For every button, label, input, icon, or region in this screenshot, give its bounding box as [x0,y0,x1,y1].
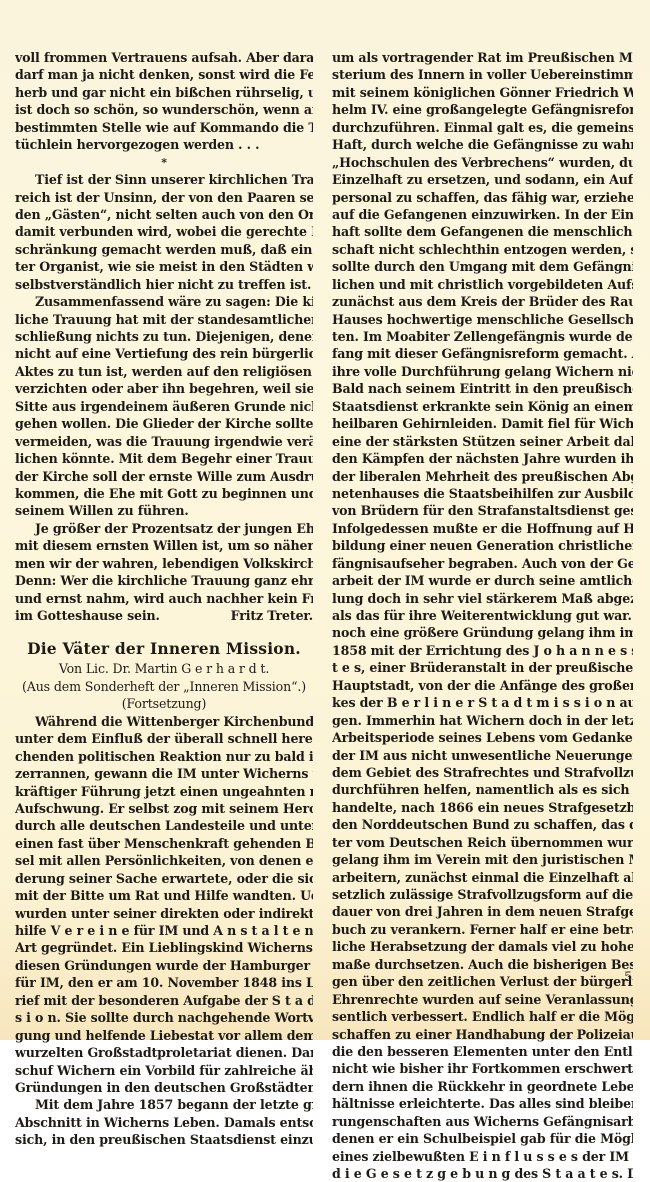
text-line: mit diesem ernsten Willen ist, um so näh… [15,537,313,554]
text-line: wurzelten Großstadtproletariat dienen. D… [15,1044,313,1061]
text-line: im Gotteshause sein. [15,608,160,623]
text-line: mit seinem königlichen Gönner Friedrich … [332,84,633,101]
text-line: Je größer der Prozentsatz der jungen Ehe… [15,520,313,537]
text-line: sollte durch den Umgang mit dem Gefängni… [332,258,633,275]
text-line: gen über den zeitlichen Verlust der bürg… [332,973,633,990]
text-line: durch alle deutschen Landesteile und unt… [15,817,313,834]
text-line: lichen könnte. Mit dem Begehr einer Trau… [15,450,313,467]
text-line: „Hochschulen des Verbrechens“ wurden, du… [332,154,633,171]
text-line: ihre volle Durchführung gelang Wichern n… [332,363,633,380]
article-author: Von Lic. Dr. Martin G e r h a r d t. [15,660,313,677]
text-line: der Kirche soll der ernste Wille zum Aus… [15,468,313,485]
text-line: vermeiden, was die Trauung irgendwie ver… [15,433,313,450]
text-line: Haft, durch welche die Gefängnisse zu wa… [332,136,633,153]
paragraph-4: Während die Wittenberger Kirchenbundespl… [15,713,313,1064]
text-line: Infolgedessen mußte er die Hoffnung auf … [332,520,633,537]
text-line: gung und helfende Liebestat vor allem de… [15,1027,313,1044]
author-signature: Fritz Treter. [231,607,313,624]
article-header: Die Väter der Inneren Mission. Von Lic. … [15,638,313,712]
text-line: lichen und mit christlich vorgebildeten … [332,276,633,293]
text-line: helm IV. eine großangelegte Gefängnisref… [332,101,633,118]
text-line: und ernst nahm, wird auch nachher kein F… [15,590,313,607]
text-line: chenden politischen Reaktion nur zu bald… [15,748,313,765]
text-line: gehen wollen. Die Glieder der Kirche sol… [15,415,313,432]
text-line: Zusammenfassend wäre zu sagen: Die kirch… [15,293,313,310]
text-line: kräftiger Führung jetzt einen ungeahnten… [15,783,313,800]
text-line: selbstverständlich hier nicht zu treffen… [15,276,313,293]
paragraph-1: Tief ist der Sinn unserer kirchlichen Tr… [15,171,313,293]
text-line: fängnisaufseher begraben. Auch von der G… [332,555,633,572]
text-line: nicht wie bisher ihr Fortkommen erschwer… [332,1060,633,1064]
text-line: Art gegründet. Ein Lieblingskind Wichern… [15,939,313,956]
text-line: durchführen helfen, namentlich als es si… [332,781,633,798]
text-line: haft sollte dem Gefangenen die menschlic… [332,223,633,240]
text-line: Arbeitsperiode seines Lebens vom Gedanke… [332,729,633,746]
text-line: voll frommen Vertrauens aufsah. Aber dar… [15,49,313,66]
text-line: sel mit allen Persönlichkeiten, von dene… [15,852,313,869]
intro-paragraph: voll frommen Vertrauens aufsah. Aber dar… [15,49,313,154]
text-line: Hauptstadt, von der die Anfänge des groß… [332,677,633,694]
text-line: ter vom Deutschen Reich übernommen wurde… [332,834,633,851]
text-line: schaft nicht schlechthin entzogen werden… [332,241,633,258]
text-line: ist doch so schön, so wunderschön, wenn … [15,101,313,118]
text-line: bestimmten Stelle wie auf Kommando die T… [15,119,313,136]
text-line: den Kämpfen der nächsten Jahre wurden ih… [332,450,633,467]
text-line: lung doch in sehr viel stärkerem Maß abg… [332,590,633,607]
text-line: maße durchsetzen. Auch die bisherigen Be… [332,956,633,973]
text-line: buch zu verankern. Ferner half er eine b… [332,921,633,938]
text-line: damit verbunden wird, wobei die gerechte… [15,223,313,240]
text-line: Einzelhaft zu ersetzen, und sodann, ein … [332,171,633,188]
text-line: der IM aus nicht unwesentliche Neuerunge… [332,747,633,764]
text-line: schließung nichts zu tun. Diejenigen, de… [15,328,313,345]
paragraph-3: Je größer der Prozentsatz der jungen Ehe… [15,520,313,625]
text-line: auf die Gefangenen einzuwirken. In der E… [332,206,633,223]
text-line: rief mit der besonderen Aufgabe der S t … [15,992,313,1009]
text-line: arbeitern, zunächst einmal die Einzelhaf… [332,869,633,886]
text-line: einen fast über Menschenkraft gehenden B… [15,835,313,852]
text-line: setzlich zulässige Strafvollzugsform auf… [332,886,633,903]
text-line: netenhauses die Staatsbeihilfen zur Ausb… [332,485,633,502]
text-line: tüchlein hervorgezogen werden . . . [15,136,313,153]
text-line: handelte, nach 1866 ein neues Strafgeset… [332,799,633,816]
text-line: sterium des Innern in voller Uebereinsti… [332,66,633,83]
article-continuation: (Fortsetzung) [15,695,313,712]
text-line: schaffen zu einer Handhabung der Polizei… [332,1026,633,1043]
text-line: seinem Willen zu führen. [15,502,313,519]
text-line: nicht auf eine Vertiefung des rein bürge… [15,345,313,362]
right-column-paragraph: um als vortragender Rat im Preußischen M… [332,49,633,1064]
text-line: herb und gar nicht ein bißchen rührselig… [15,84,313,101]
text-line: diesen Gründungen wurde der Hamburger Ve… [15,957,313,974]
right-column: um als vortragender Rat im Preußischen M… [332,49,633,1064]
text-line: ten. Im Moabiter Zellengefängnis wurde d… [332,328,633,345]
text-line: noch eine größere Gründung gelang ihm im… [332,624,633,641]
text-line: Sitte aus irgendeinem äußeren Grunde nic… [15,398,313,415]
text-line: ter Organist, wie sie meist in den Städt… [15,258,313,275]
text-line: liche Trauung hat mit der standesamtlich… [15,311,313,328]
text-line: kes der B e r l i n e r S t a d t m i s … [332,694,633,711]
text-line: s i o n. Sie sollte durch nachgehende Wo… [15,1009,313,1026]
text-line: zerrannen, gewann die IM unter Wicherns … [15,765,313,782]
left-column: voll frommen Vertrauens aufsah. Aber dar… [15,49,313,1064]
article-title: Die Väter der Inneren Mission. [15,638,313,660]
text-line: personal zu schaffen, das fähig war, erz… [332,189,633,206]
text-line: zunächst aus dem Kreis der Brüder des Ra… [332,293,633,310]
text-line: wurden unter seiner direkten oder indire… [15,905,313,922]
text-line: Aktes zu tun ist, werden auf den religiö… [15,363,313,380]
text-line: den „Gästen“, nicht selten auch von den … [15,206,313,223]
text-line: Staatsdienst erkrankte sein König an ein… [332,398,633,415]
text-line: den Norddeutschen Bund zu schaffen, das … [332,816,633,833]
text-line: für IM, den er am 10. November 1848 ins … [15,974,313,991]
text-line: schränkung gemacht werden muß, daß ein g… [15,241,313,258]
text-line: 1858 mit der Errichtung des J o h a n n … [332,642,633,659]
text-line: durchzuführen. Einmal galt es, die gemei… [332,119,633,136]
text-line: Aufschwung. Er selbst zog mit seinem Her… [15,800,313,817]
text-line: darf man ja nicht denken, sonst wird die… [15,66,313,83]
text-line: dem Gebiet des Strafrechtes und Strafvol… [332,764,633,781]
section-separator-asterisk: * [15,154,313,171]
text-line: gen. Immerhin hat Wichern doch in der le… [332,712,633,729]
signature-line: im Gotteshause sein. Fritz Treter. [15,607,313,624]
text-line: Während die Wittenberger Kirchenbundespl… [15,713,313,730]
document-page: voll frommen Vertrauens aufsah. Aber dar… [0,0,650,1040]
text-line: dauer von drei Jahren in dem neuen Straf… [332,903,633,920]
text-line: unter dem Einfluß der überall schnell he… [15,730,313,747]
text-line: men wir der wahren, lebendigen Volkskirc… [15,555,313,572]
text-line: heilbaren Gehirnleiden. Damit fiel für W… [332,415,633,432]
text-line: Ehrenrechte wurden auf seine Veranlassun… [332,991,633,1008]
article-source: (Aus dem Sonderheft der „Inneren Mission… [15,678,313,695]
text-line: Bald nach seinem Eintritt in den preußis… [332,380,633,397]
text-line: um als vortragender Rat im Preußischen M… [332,49,633,66]
text-line: von Brüdern für den Strafanstaltsdienst … [332,502,633,519]
text-line: kommen, die Ehe mit Gott zu beginnen und… [15,485,313,502]
text-line: als das für ihre Weiterentwicklung gut w… [332,607,633,624]
text-line: eine der stärksten Stützen seiner Arbeit… [332,433,633,450]
text-line: sentlich verbessert. Endlich half er die… [332,1008,633,1025]
text-line: verzichten oder aber ihn begehren, weil … [15,380,313,397]
text-line: der liberalen Mehrheit des preußischen A… [332,468,633,485]
text-line: gelang ihm im Verein mit den juristische… [332,851,633,868]
paragraph-2: Zusammenfassend wäre zu sagen: Die kirch… [15,293,313,520]
text-line: arbeit der IM wurde er durch seine amtli… [332,572,633,589]
text-line: t e s, einer Brüderanstalt in der preußi… [332,659,633,676]
page-number: 5 [624,970,632,985]
text-line: fang mit dieser Gefängnisreform gemacht.… [332,345,633,362]
text-line: liche Herabsetzung der damals viel zu ho… [332,938,633,955]
text-line: bildung einer neuen Generation christlic… [332,537,633,554]
text-line: Hauses hochwertige menschliche Gesellsch… [332,311,633,328]
text-line: hilfe V e r e i n e für IM und A n s t a… [15,922,313,939]
text-line: die den besseren Elementen unter den Ent… [332,1043,633,1060]
text-line: mit der Bitte um Rat und Hilfe wandten. … [15,887,313,904]
text-line: Tief ist der Sinn unserer kirchlichen Tr… [15,171,313,188]
text-line: reich ist der Unsinn, der von den Paaren… [15,189,313,206]
text-line: Denn: Wer die kirchliche Trauung ganz eh… [15,572,313,589]
text-line: derung seiner Sache erwartete, oder die … [15,870,313,887]
